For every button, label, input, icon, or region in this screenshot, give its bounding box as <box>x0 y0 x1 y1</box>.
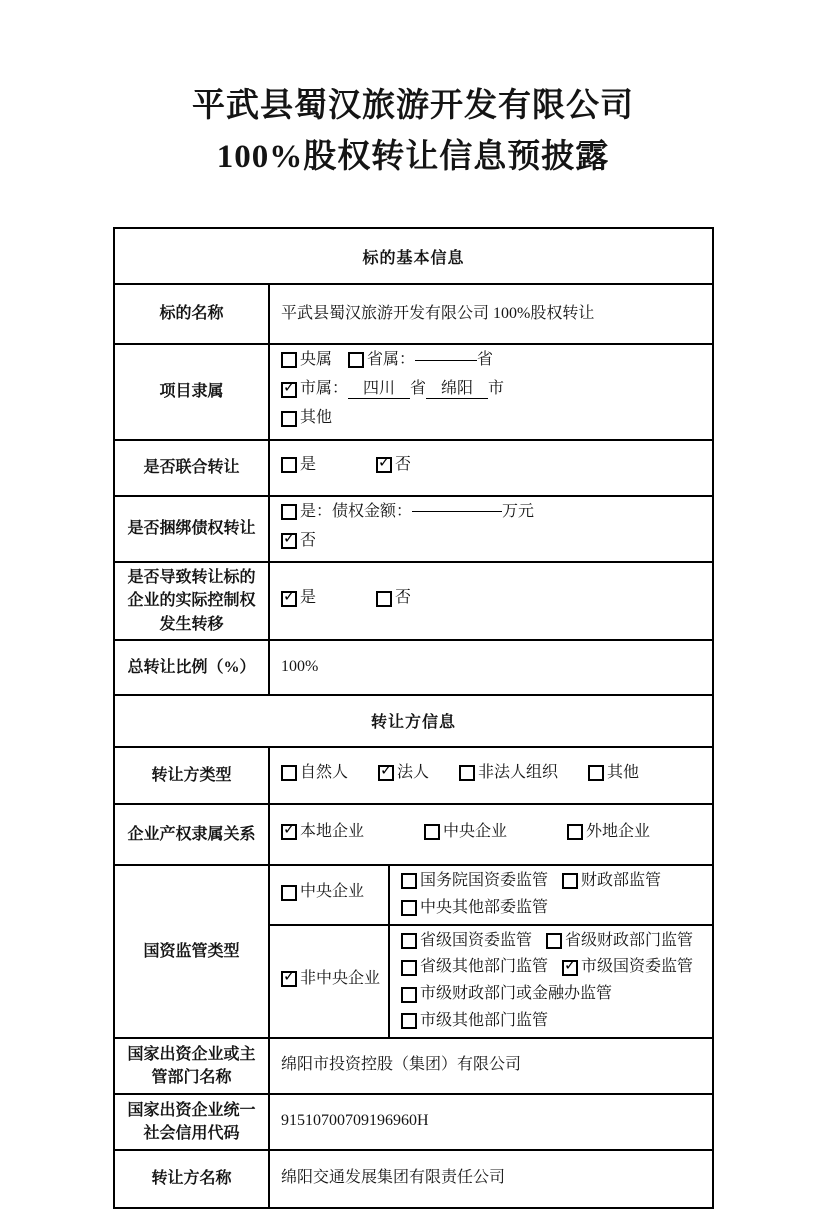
provincial-affiliation-option-label: 省属： <box>367 348 415 373</box>
table-row: 转让方名称 绵阳交通发展集团有限责任公司 <box>114 1150 713 1208</box>
municipal-city-suffix: 市 <box>488 377 504 402</box>
municipal-other-checkbox[interactable] <box>401 1013 417 1029</box>
table-row: 项目隶属 央属 省属： 省 市属： <box>114 344 713 440</box>
section-header-basic-info: 标的基本信息 <box>114 228 713 284</box>
central-affiliation-checkbox[interactable] <box>281 352 297 368</box>
table-row: 国家出资企业或主管部门名称 绵阳市投资控股（集团）有限公司 <box>114 1038 713 1094</box>
central-enterprise-label: 中央企业 <box>443 820 507 845</box>
provincial-affiliation-checkbox[interactable] <box>348 352 364 368</box>
legal-person-checkbox[interactable] <box>378 765 394 781</box>
central-enterprise-option-cell: 中央企业 <box>269 865 389 925</box>
table-row: 转让方信息 <box>114 695 713 747</box>
central-affiliation-option-label: 央属 <box>300 348 332 373</box>
control-change-yes-checkbox[interactable] <box>281 591 297 607</box>
unincorporated-org-label: 非法人组织 <box>478 761 558 786</box>
municipal-other-label: 市级其他部门监管 <box>420 1009 548 1034</box>
municipal-province-field[interactable]: 四川 <box>348 380 410 399</box>
other-affiliation-option-label: 其他 <box>300 406 332 431</box>
table-row: 总转让比例（%） 100% <box>114 640 713 695</box>
central-other-ministries-label: 中央其他部委监管 <box>420 896 548 921</box>
central-other-ministries-checkbox[interactable] <box>401 900 417 916</box>
bundled-debt-value: 是：债权金额： 万元 否 <box>269 496 713 562</box>
control-change-yes-label: 是 <box>300 586 316 611</box>
control-change-label: 是否导致转让标的企业的实际控制权发生转移 <box>114 562 269 640</box>
natural-person-label: 自然人 <box>300 761 348 786</box>
bundled-debt-no-label: 否 <box>300 529 316 554</box>
joint-transfer-no-label: 否 <box>395 453 411 478</box>
supervision-central-label: 中央企业 <box>300 880 364 905</box>
joint-transfer-yes-label: 是 <box>300 453 316 478</box>
legal-person-label: 法人 <box>397 761 429 786</box>
ownership-relation-label: 企业产权隶属关系 <box>114 804 269 865</box>
municipal-affiliation-option-label: 市属： <box>300 377 348 402</box>
control-change-no-label: 否 <box>395 586 411 611</box>
bundled-debt-no-checkbox[interactable] <box>281 533 297 549</box>
credit-code-value: 91510700709196960H <box>269 1094 713 1150</box>
natural-person-checkbox[interactable] <box>281 765 297 781</box>
provincial-finance-label: 省级财政部门监管 <box>565 929 693 954</box>
state-enterprise-name-label: 国家出资企业或主管部门名称 <box>114 1038 269 1094</box>
title-line-2: 100%股权转让信息预披露 <box>0 141 826 174</box>
unincorporated-org-checkbox[interactable] <box>459 765 475 781</box>
provincial-sasac-checkbox[interactable] <box>401 933 417 949</box>
project-affiliation-value: 央属 省属： 省 市属： 四川 省 绵阳 市 <box>269 344 713 440</box>
nonlocal-enterprise-label: 外地企业 <box>586 820 650 845</box>
debt-amount-unit: 万元 <box>502 500 534 525</box>
table-row: 标的基本信息 <box>114 228 713 284</box>
municipal-finance-checkbox[interactable] <box>401 987 417 1003</box>
other-type-label: 其他 <box>607 761 639 786</box>
project-affiliation-label: 项目隶属 <box>114 344 269 440</box>
joint-transfer-label: 是否联合转让 <box>114 440 269 496</box>
provincial-finance-checkbox[interactable] <box>546 933 562 949</box>
supervision-type-label: 国资监管类型 <box>114 865 269 1038</box>
transferor-type-label: 转让方类型 <box>114 747 269 804</box>
table-row: 转让方类型 自然人 法人 非法人组织 其他 <box>114 747 713 804</box>
supervision-non-central-label: 非中央企业 <box>300 967 380 992</box>
bundled-debt-label: 是否捆绑债权转让 <box>114 496 269 562</box>
non-central-supervision-items: 省级国资委监管 省级财政部门监管 省级其他部门监管 市级国资委监管 <box>389 925 713 1038</box>
disclosure-form-table: 标的基本信息 标的名称 平武县蜀汉旅游开发有限公司 100%股权转让 项目隶属 … <box>113 227 714 1209</box>
joint-transfer-yes-checkbox[interactable] <box>281 457 297 473</box>
control-change-value: 是 否 <box>269 562 713 640</box>
central-supervision-items: 国务院国资委监管 财政部监管 中央其他部委监管 <box>389 865 713 925</box>
local-enterprise-label: 本地企业 <box>300 820 364 845</box>
title-line-1: 平武县蜀汉旅游开发有限公司 <box>0 90 826 123</box>
debt-amount-field[interactable] <box>412 511 502 512</box>
province-suffix: 省 <box>477 348 493 373</box>
ownership-relation-value: 本地企业 中央企业 外地企业 <box>269 804 713 865</box>
municipal-city-field[interactable]: 绵阳 <box>426 380 488 399</box>
municipal-affiliation-checkbox[interactable] <box>281 382 297 398</box>
document-title: 平武县蜀汉旅游开发有限公司 100%股权转让信息预披露 <box>0 0 826 174</box>
other-affiliation-checkbox[interactable] <box>281 411 297 427</box>
non-central-enterprise-option-cell: 非中央企业 <box>269 925 389 1038</box>
municipal-sasac-checkbox[interactable] <box>562 960 578 976</box>
municipal-sasac-label: 市级国资委监管 <box>581 955 693 980</box>
joint-transfer-no-checkbox[interactable] <box>376 457 392 473</box>
central-enterprise-checkbox[interactable] <box>424 824 440 840</box>
table-row: 企业产权隶属关系 本地企业 中央企业 外地企业 <box>114 804 713 865</box>
supervision-central-checkbox[interactable] <box>281 885 297 901</box>
target-name-value: 平武县蜀汉旅游开发有限公司 100%股权转让 <box>269 284 713 344</box>
state-council-sasac-label: 国务院国资委监管 <box>420 869 548 894</box>
state-council-sasac-checkbox[interactable] <box>401 873 417 889</box>
section-header-transferor-info: 转让方信息 <box>114 695 713 747</box>
table-row: 是否导致转让标的企业的实际控制权发生转移 是 否 <box>114 562 713 640</box>
document-page: 平武县蜀汉旅游开发有限公司 100%股权转让信息预披露 标的基本信息 标的名称 … <box>0 0 826 1169</box>
local-enterprise-checkbox[interactable] <box>281 824 297 840</box>
control-change-no-checkbox[interactable] <box>376 591 392 607</box>
municipal-province-suffix: 省 <box>410 377 426 402</box>
provincial-sasac-label: 省级国资委监管 <box>420 929 532 954</box>
table-row: 标的名称 平武县蜀汉旅游开发有限公司 100%股权转让 <box>114 284 713 344</box>
provincial-other-label: 省级其他部门监管 <box>420 955 548 980</box>
table-row: 国家出资企业统一社会信用代码 91510700709196960H <box>114 1094 713 1150</box>
transfer-ratio-value: 100% <box>269 640 713 695</box>
finance-ministry-checkbox[interactable] <box>562 873 578 889</box>
transferor-type-value: 自然人 法人 非法人组织 其他 <box>269 747 713 804</box>
table-row: 是否联合转让 是 否 <box>114 440 713 496</box>
supervision-non-central-checkbox[interactable] <box>281 971 297 987</box>
bundled-debt-yes-label: 是：债权金额： <box>300 500 412 525</box>
other-type-checkbox[interactable] <box>588 765 604 781</box>
joint-transfer-value: 是 否 <box>269 440 713 496</box>
municipal-finance-label: 市级财政部门或金融办监管 <box>420 982 612 1007</box>
transferor-name-value: 绵阳交通发展集团有限责任公司 <box>269 1150 713 1208</box>
credit-code-label: 国家出资企业统一社会信用代码 <box>114 1094 269 1150</box>
nonlocal-enterprise-checkbox[interactable] <box>567 824 583 840</box>
provincial-other-checkbox[interactable] <box>401 960 417 976</box>
target-name-label: 标的名称 <box>114 284 269 344</box>
province-blank-field[interactable] <box>415 360 477 361</box>
table-row: 是否捆绑债权转让 是：债权金额： 万元 否 <box>114 496 713 562</box>
transferor-name-label: 转让方名称 <box>114 1150 269 1208</box>
table-row: 国资监管类型 中央企业 国务院国资委监管 财政部监管 <box>114 865 713 925</box>
state-enterprise-name-value: 绵阳市投资控股（集团）有限公司 <box>269 1038 713 1094</box>
finance-ministry-label: 财政部监管 <box>581 869 661 894</box>
transfer-ratio-label: 总转让比例（%） <box>114 640 269 695</box>
bundled-debt-yes-checkbox[interactable] <box>281 504 297 520</box>
